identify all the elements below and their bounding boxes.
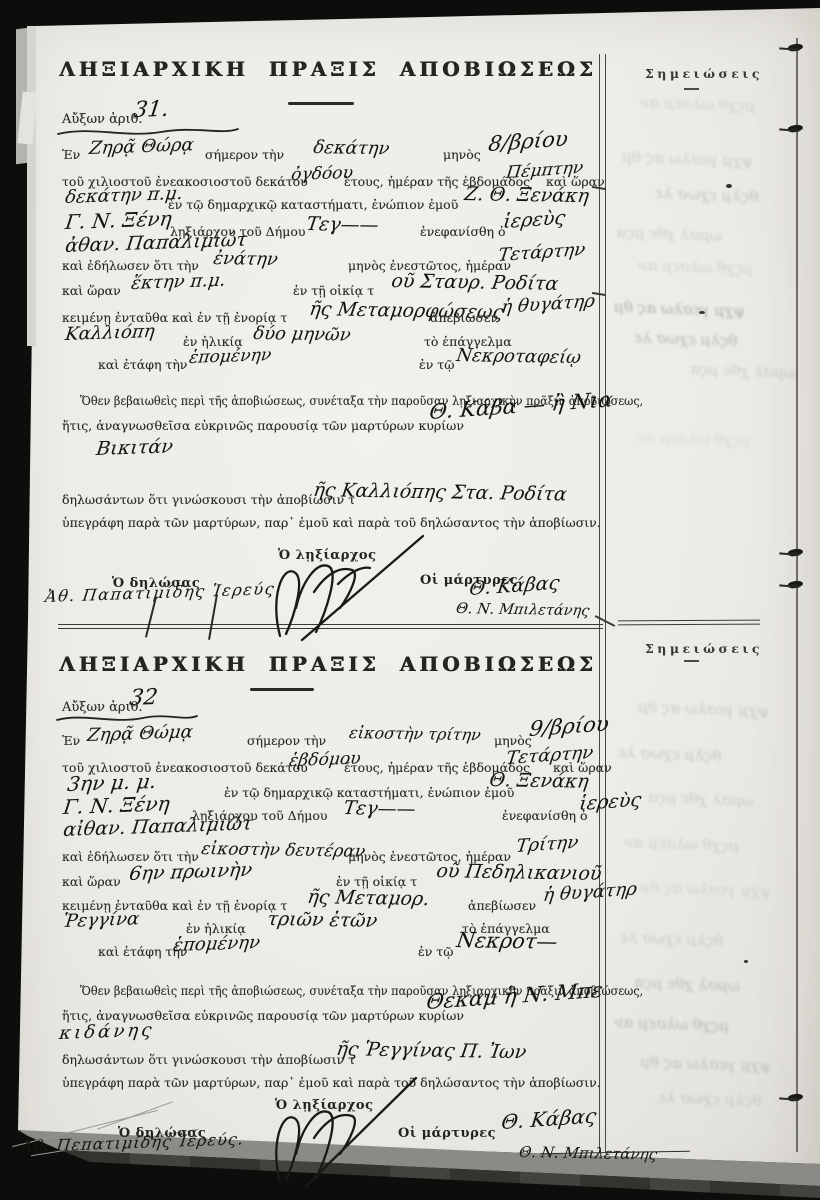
- cemetery-handwritten: Νεκροταφείῳ: [455, 345, 582, 368]
- printed-in-the: ἐν τῷ: [418, 944, 453, 959]
- printed-today: σήμερον τὴν: [205, 147, 284, 162]
- form1-title: ΛΗΞΙΑΡΧΙΚΗ ΠΡΑΞΙΣ ΑΠΟΒΙΩΣΕΩΣ: [58, 57, 598, 81]
- burial-day-handwritten: ἑπομένην: [188, 345, 272, 368]
- house-owner-handwritten: οῦ Πεδηλικανιοῦ: [435, 860, 603, 885]
- ink-bleedthrough: ωμσλ χθε μςα: [634, 973, 740, 995]
- registrar-name2-handwritten: Γ. Ν. Ξένη: [62, 791, 171, 819]
- registrar-name-handwritten: Ζ. Θ. Ξενάκη: [463, 183, 591, 207]
- age-handwritten: τριῶν ἐτῶν: [266, 908, 379, 932]
- form2-title: ΛΗΞΙΑΡΧΙΚΗ ΠΡΑΞΙΣ ΑΠΟΒΙΩΣΕΩΣ: [58, 652, 598, 676]
- margin-notes-dash: [684, 660, 699, 662]
- death-hour-handwritten: 6ην πρωινὴν: [128, 859, 253, 885]
- printed-en: Ἐν: [62, 733, 80, 748]
- ink-bleedthrough: θςλμ εχωσ λε: [655, 184, 759, 206]
- printed-signed-by: ὑπεγράφη παρὰ τῶν μαρτύρων, παρ᾽ ἐμοῦ κα…: [62, 515, 601, 530]
- margin-notes-header: Σημειώσεις: [606, 66, 802, 81]
- place-handwritten: Ζηρᾷ Θώρᾳ: [88, 134, 195, 159]
- printed-and-hour: καὶ ὥραν: [62, 283, 121, 298]
- death-weekday-handwritten: Τρίτην: [515, 832, 580, 857]
- ink-bleedthrough: θςλμ εχωσ λε: [634, 328, 738, 350]
- appeared-handwritten: ἱερεὺς: [578, 789, 643, 815]
- age-handwritten: δύο μηνῶν: [252, 323, 352, 346]
- known-deceased-handwritten: ῆς Ῥεγγίνας Π. Ἰων: [335, 1038, 528, 1063]
- ink-bleedthrough: θςλμ εχωσ λε: [658, 1088, 762, 1110]
- serial-number-handwritten: 31.: [132, 97, 170, 123]
- registrar-signature: [250, 532, 430, 644]
- ink-bleedthrough: θςλμ εχωσ λε: [618, 743, 722, 765]
- title-underline: [288, 102, 354, 105]
- serial-number-handwritten: 32: [128, 685, 159, 711]
- printed-office: ἐν τῷ δημαρχικῷ καταστήματι, ἐνώπιον ἐμο…: [168, 197, 458, 212]
- day-handwritten: δεκάτην: [312, 137, 391, 159]
- deme-handwritten: Τεγ——: [305, 213, 380, 236]
- registrar-name-handwritten: Θ. Ξενάκη: [488, 769, 590, 793]
- page-stack-strip: [27, 26, 36, 346]
- printed-house: ἐν τῇ οἰκίᾳ τ: [293, 283, 374, 298]
- printed-in-the: ἐν τῷ: [419, 357, 454, 372]
- printed-appeared: ἐνεφανίσθη ὁ: [502, 808, 588, 823]
- ink-bleedthrough: ωμσλ χθε μςα: [616, 223, 722, 245]
- title-underline: [250, 688, 314, 691]
- death-hour-handwritten: ἕκτην π.μ.: [130, 270, 227, 294]
- registry-page-scan: ΛΗΞΙΑΡΧΙΚΗ ΠΡΑΞΙΣ ΑΠΟΒΙΩΣΕΩΣ Αὔξων ἀριθ.…: [0, 0, 820, 1200]
- house-owner-handwritten: οῦ Σταυρ. Ροδίτα: [390, 270, 560, 295]
- ink-bleedthrough: θςλμ εχωσ λε: [620, 928, 724, 950]
- deceased-name-handwritten: Καλλιόπη: [64, 321, 156, 345]
- ink-bleedthrough: ωμσλ χθε μςα: [648, 788, 754, 810]
- death-day-handwritten: εἰκοστὴν δευτέραν: [200, 839, 367, 862]
- printed-and-hour: καὶ ὥραν: [62, 874, 121, 889]
- day-handwritten: εἰκοστὴν τρίτην: [348, 723, 482, 744]
- printed-appeared: ἐνεφανίσθη ὁ: [420, 224, 506, 239]
- witness2-signature: Θ. Ν. Μπιλετάνης: [455, 601, 590, 619]
- deme-handwritten: Τεγ——: [342, 797, 417, 820]
- place-handwritten: Ζηρᾷ Θώμᾳ: [86, 721, 194, 746]
- printed-died: ἀπεβίωσεν: [468, 898, 536, 913]
- parish-handwritten: ῆς Μεταμορ.: [306, 886, 431, 910]
- printed-died: ἀπεβίωσεν: [430, 310, 498, 325]
- appeared-handwritten: ἱερεὺς: [502, 207, 567, 233]
- printed-month: μηνὸς: [443, 147, 481, 162]
- burial-day-handwritten: ἑπομένην: [172, 932, 261, 956]
- registrar-name2-handwritten: Γ. Ν. Ξένη: [64, 206, 173, 234]
- witnesses-names2-handwritten: κιδάνης: [58, 1020, 156, 1044]
- hour-handwritten: δεκάτην π.μ.: [64, 183, 184, 208]
- printed-known: δηλωσάντων ὅτι γινώσκουσι τὴν ἀποβίωσιν …: [62, 1052, 355, 1067]
- printed-en: Ἐν: [62, 147, 80, 162]
- margin-notes-header: Σημειώσεις: [606, 641, 802, 656]
- printed-today: σήμερον τὴν: [247, 733, 326, 748]
- margin-notes-dash: [684, 88, 699, 90]
- deceased-name-handwritten: Ῥεγγίνα: [62, 908, 141, 932]
- known-deceased-handwritten: ῆς Καλλιόπης Στα. Ροδίτα: [312, 479, 568, 505]
- binding-stitch-line: [796, 38, 798, 1152]
- cemetery-handwritten: Νεκροτ—: [455, 928, 559, 954]
- printed-certify-2: ἥτις, ἀναγνωσθεῖσα εὐκρινῶς παρουσίᾳ τῶν…: [62, 418, 464, 433]
- ink-bleedthrough: ωμσλ χθε μςα: [690, 360, 796, 382]
- witnesses-names2-handwritten: Βικιτάν: [95, 435, 174, 460]
- ink-spot: [744, 960, 748, 963]
- printed-buried: καὶ ἐτάφη τὴν: [98, 357, 187, 372]
- death-day-handwritten: ἐνάτην: [212, 248, 279, 270]
- witnesses-signature-label: Οἱ μάρτυρες: [398, 1126, 496, 1141]
- margin-separator-rule: [618, 620, 760, 626]
